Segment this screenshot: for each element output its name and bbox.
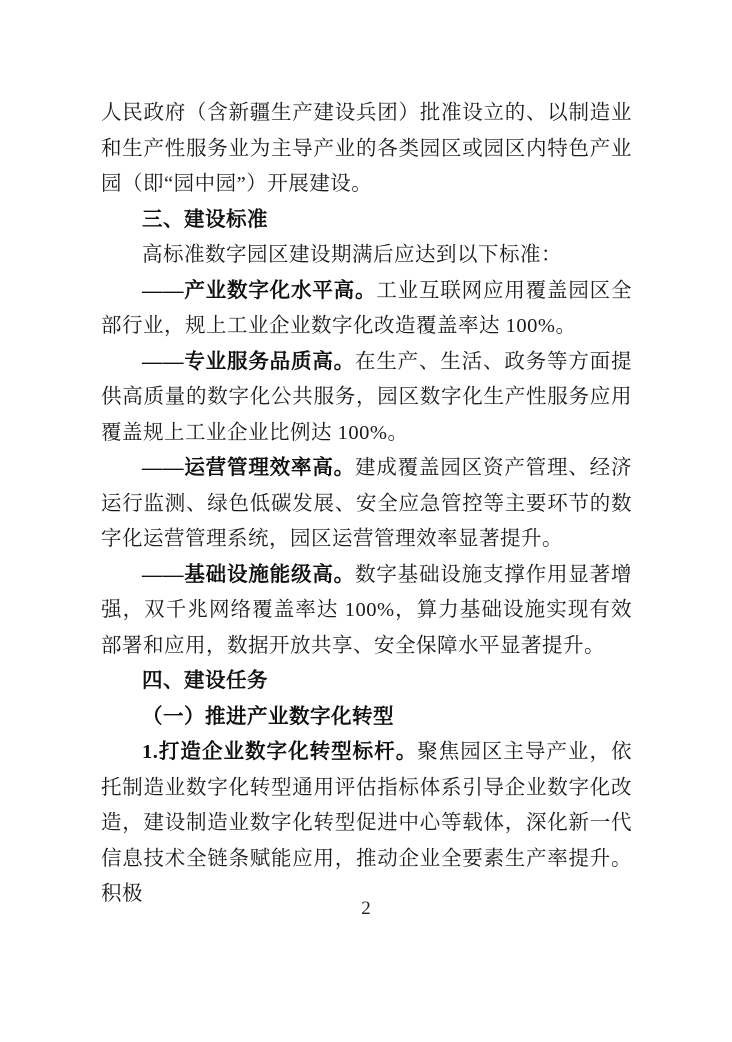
paragraph-lead: ——基础设施能级高。 — [142, 564, 355, 586]
section-heading-construction-tasks: 四、建设任务 — [101, 664, 632, 700]
document-content: 人民政府（含新疆生产建设兵团）批准设立的、以制造业和生产性服务业为主导产业的各类… — [101, 96, 632, 913]
paragraph-task-enterprise-benchmark: 1.打造企业数字化转型标杆。聚焦园区主导产业，依托制造业数字化转型通用评估指标体… — [101, 735, 632, 913]
paragraph-lead: 1.打造企业数字化转型标杆。 — [142, 741, 417, 763]
paragraph-lead: ——运营管理效率高。 — [142, 457, 355, 479]
paragraph-standard-industry-digitalization: ——产业数字化水平高。工业互联网应用覆盖园区全部行业，规上工业企业数字化改造覆盖… — [101, 274, 632, 345]
paragraph-standard-operation-efficiency: ——运营管理效率高。建成覆盖园区资产管理、经济运行监测、绿色低碳发展、安全应急管… — [101, 451, 632, 558]
paragraph-text: 人民政府（含新疆生产建设兵团）批准设立的、以制造业和生产性服务业为主导产业的各类… — [101, 102, 632, 195]
page-footer: 2 — [0, 898, 732, 920]
paragraph-text: 聚焦园区主导产业，依托制造业数字化转型通用评估指标体系引导企业数字化改造，建设制… — [101, 741, 632, 905]
section-heading-construction-standards: 三、建设标准 — [101, 203, 632, 239]
paragraph-text: 高标准数字园区建设期满后应达到以下标准： — [142, 244, 562, 266]
subsection-heading-industry-digital-transformation: （一）推进产业数字化转型 — [101, 700, 632, 736]
document-page: 人民政府（含新疆生产建设兵团）批准设立的、以制造业和生产性服务业为主导产业的各类… — [0, 0, 732, 1042]
paragraph-standard-service-quality: ——专业服务品质高。在生产、生活、政务等方面提供高质量的数字化公共服务，园区数字… — [101, 345, 632, 452]
paragraph-lead: ——产业数字化水平高。 — [142, 280, 376, 302]
paragraph-lead: ——专业服务品质高。 — [142, 351, 355, 373]
heading-text: 四、建设任务 — [142, 670, 268, 692]
page-number: 2 — [361, 898, 371, 919]
paragraph-standard-infrastructure-level: ——基础设施能级高。数字基础设施支撑作用显著增强，双千兆网络覆盖率达 100%，… — [101, 558, 632, 665]
heading-text: 三、建设标准 — [142, 209, 268, 231]
paragraph-standards-intro: 高标准数字园区建设期满后应达到以下标准： — [101, 238, 632, 274]
paragraph-continuation: 人民政府（含新疆生产建设兵团）批准设立的、以制造业和生产性服务业为主导产业的各类… — [101, 96, 632, 203]
heading-text: （一）推进产业数字化转型 — [142, 706, 394, 728]
